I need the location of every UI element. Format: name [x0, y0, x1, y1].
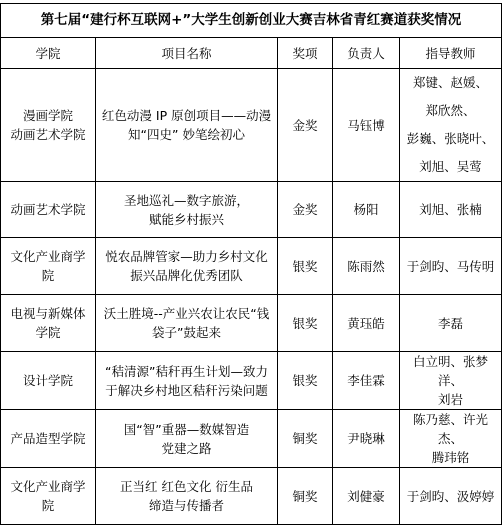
project-line: 赋能乡村振兴: [98, 210, 275, 229]
teachers-cell: 刘旭、张楠: [400, 182, 502, 238]
award-cell: 银奖: [278, 238, 333, 295]
project-cell: 圣地巡礼—数字旅游， 赋能乡村振兴: [96, 182, 278, 238]
teacher-line: 李磊: [402, 314, 499, 333]
college-line: 文化产业商学: [3, 247, 93, 266]
title-row: 第七届“建行杯互联网+”大学生创新创业大赛吉林省青红赛道获奖情况: [1, 4, 502, 38]
project-line: 红色动漫 IP 原创项目——动漫: [98, 106, 275, 125]
teacher-line: 腾玮铭: [402, 448, 499, 467]
college-cell: 设计学院: [1, 352, 96, 410]
teachers-cell: 于剑昀、汲婷婷: [400, 468, 502, 525]
table-row: 电视与新媒体 学院 沃土胜境--产业兴农让农民“钱 袋子”鼓起来 银奖 黄珏皓 …: [1, 295, 502, 352]
table-row: 漫画学院 动画艺术学院 红色动漫 IP 原创项目——动漫 知“四史” 妙笔绘初心…: [1, 69, 502, 182]
teacher-line: 郑键、赵媛、: [402, 69, 499, 97]
header-award: 奖项: [278, 38, 333, 69]
award-cell: 铜奖: [278, 410, 333, 468]
college-line: 产品造型学院: [3, 429, 93, 448]
college-cell: 动画艺术学院: [1, 182, 96, 238]
college-cell: 电视与新媒体 学院: [1, 295, 96, 352]
award-table: 第七届“建行杯互联网+”大学生创新创业大赛吉林省青红赛道获奖情况 学院 项目名称…: [0, 3, 502, 525]
award-cell: 金奖: [278, 182, 333, 238]
college-line: 动画艺术学院: [3, 125, 93, 144]
college-line: 院: [3, 496, 93, 515]
project-cell: 悦农品牌管家—助力乡村文化 振兴品牌化优秀团队: [96, 238, 278, 295]
teacher-line: 刘旭、张楠: [402, 200, 499, 219]
teacher-line: 郑欣然、: [402, 97, 499, 125]
leader-cell: 刘健豪: [333, 468, 400, 525]
college-cell: 文化产业商学 院: [1, 468, 96, 525]
table-title: 第七届“建行杯互联网+”大学生创新创业大赛吉林省青红赛道获奖情况: [1, 4, 502, 38]
teacher-line: 于剑昀、汲婷婷: [402, 487, 499, 506]
college-line: 动画艺术学院: [3, 200, 93, 219]
college-line: 电视与新媒体: [3, 304, 93, 323]
college-line: 文化产业商学: [3, 477, 93, 496]
award-cell: 银奖: [278, 352, 333, 410]
header-row: 学院 项目名称 奖项 负责人 指导教师: [1, 38, 502, 69]
college-line: 院: [3, 266, 93, 285]
project-cell: 沃土胜境--产业兴农让农民“钱 袋子”鼓起来: [96, 295, 278, 352]
leader-cell: 陈雨然: [333, 238, 400, 295]
project-line: 悦农品牌管家—助力乡村文化: [98, 247, 275, 266]
teachers-cell: 白立明、张梦洋、 刘岩: [400, 352, 502, 410]
header-project: 项目名称: [96, 38, 278, 69]
leader-cell: 尹晓琳: [333, 410, 400, 468]
teacher-line: 刘旭、吴莺: [402, 153, 499, 181]
college-cell: 文化产业商学 院: [1, 238, 96, 295]
leader-cell: 黄珏皓: [333, 295, 400, 352]
project-line: 知“四史” 妙笔绘初心: [98, 125, 275, 144]
project-line: 圣地巡礼—数字旅游，: [98, 191, 275, 210]
project-line: 振兴品牌化优秀团队: [98, 266, 275, 285]
header-teachers: 指导教师: [400, 38, 502, 69]
table-row: 设计学院 “秸清源”秸秆再生计划—致力 于解决乡村地区秸秆污染问题 银奖 李佳霖…: [1, 352, 502, 410]
header-college: 学院: [1, 38, 96, 69]
college-line: 设计学院: [3, 371, 93, 390]
project-cell: 正当红 红色文化 衍生品 缔造与传播者: [96, 468, 278, 525]
teachers-cell: 李磊: [400, 295, 502, 352]
award-cell: 金奖: [278, 69, 333, 182]
project-line: 于解决乡村地区秸秆污染问题: [98, 381, 275, 400]
award-cell: 铜奖: [278, 468, 333, 525]
college-cell: 漫画学院 动画艺术学院: [1, 69, 96, 182]
college-cell: 产品造型学院: [1, 410, 96, 468]
project-line: “秸清源”秸秆再生计划—致力: [98, 362, 275, 381]
table-row: 文化产业商学 院 悦农品牌管家—助力乡村文化 振兴品牌化优秀团队 银奖 陈雨然 …: [1, 238, 502, 295]
teacher-line: 白立明、张梦洋、: [402, 352, 499, 390]
teachers-cell: 陈乃慈、许光杰、 腾玮铭: [400, 410, 502, 468]
project-cell: 红色动漫 IP 原创项目——动漫 知“四史” 妙笔绘初心: [96, 69, 278, 182]
table-row: 文化产业商学 院 正当红 红色文化 衍生品 缔造与传播者 铜奖 刘健豪 于剑昀、…: [1, 468, 502, 525]
leader-cell: 杨阳: [333, 182, 400, 238]
project-line: 正当红 红色文化 衍生品: [98, 477, 275, 496]
teachers-cell: 于剑昀、马传明: [400, 238, 502, 295]
project-line: 国“智”重器—数媒智造: [98, 420, 275, 439]
project-cell: “秸清源”秸秆再生计划—致力 于解决乡村地区秸秆污染问题: [96, 352, 278, 410]
project-line: 沃土胜境--产业兴农让农民“钱: [98, 304, 275, 323]
teachers-cell: 郑键、赵媛、 郑欣然、 彭巍、张晓叶、 刘旭、吴莺: [400, 69, 502, 182]
college-line: 学院: [3, 323, 93, 342]
teacher-line: 彭巍、张晓叶、: [402, 125, 499, 153]
project-cell: 国“智”重器—数媒智造 党建之路: [96, 410, 278, 468]
project-line: 袋子”鼓起来: [98, 323, 275, 342]
header-leader: 负责人: [333, 38, 400, 69]
project-line: 党建之路: [98, 439, 275, 458]
award-cell: 银奖: [278, 295, 333, 352]
teacher-line: 于剑昀、马传明: [402, 257, 499, 276]
leader-cell: 马钰博: [333, 69, 400, 182]
table-row: 产品造型学院 国“智”重器—数媒智造 党建之路 铜奖 尹晓琳 陈乃慈、许光杰、 …: [1, 410, 502, 468]
leader-cell: 李佳霖: [333, 352, 400, 410]
college-line: 漫画学院: [3, 106, 93, 125]
teacher-line: 陈乃慈、许光杰、: [402, 410, 499, 448]
table-row: 动画艺术学院 圣地巡礼—数字旅游， 赋能乡村振兴 金奖 杨阳 刘旭、张楠: [1, 182, 502, 238]
project-line: 缔造与传播者: [98, 496, 275, 515]
teacher-line: 刘岩: [402, 390, 499, 409]
